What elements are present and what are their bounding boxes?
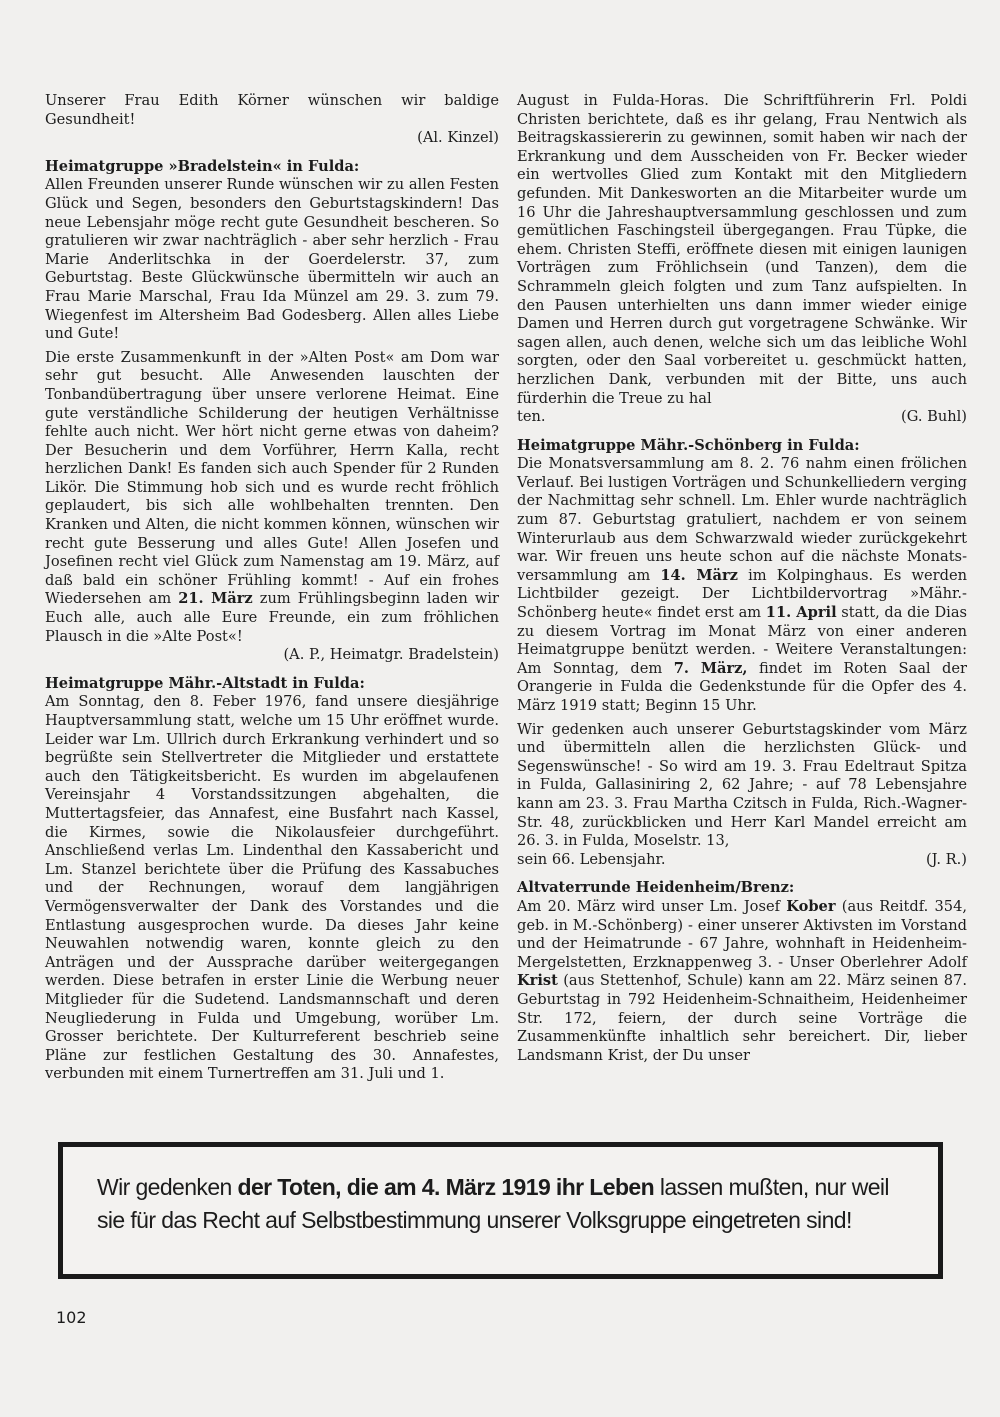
bradelstein-paragraph-2: Die erste Zusammenkunft in der »Alten Po… (45, 349, 499, 665)
altstadt-paragraph-1: Am Sonntag, den 8. Feber 1976, fand unse… (45, 693, 499, 1083)
bradelstein-paragraph-1: Allen Freunden unserer Runde wünschen wi… (45, 176, 499, 343)
heading-altstadt: Heimatgruppe Mähr.-Altstadt in Fulda: (45, 675, 499, 694)
schoenberg-date-2: 11. April (766, 604, 837, 621)
left-column: Unserer Frau Edith Körner wünschen wir b… (45, 92, 499, 1089)
schoenberg-paragraph-2: Wir gedenken auch unserer Geburtstagskin… (517, 721, 967, 870)
heidenheim-name-krist: Krist (517, 972, 558, 989)
right-column: August in Fulda-Horas. Die Schriftführer… (517, 92, 967, 1070)
signature-kinzel: (Al. Kinzel) (45, 129, 499, 148)
heading-bradelstein: Heimatgruppe »Bradelstein« in Fulda: (45, 158, 499, 177)
heading-heidenheim: Altvaterrunde Heidenheim/Brenz: (517, 879, 967, 898)
intro-text: Unserer Frau Edith Körner wünschen wir b… (45, 92, 499, 128)
notice-text-bold: der Toten, die am 4. März 1919 ihr Leben (238, 1174, 655, 1200)
heidenheim-paragraph: Am 20. März wird unser Lm. Josef Kober (… (517, 898, 967, 1065)
magazine-page: Unserer Frau Edith Körner wünschen wir b… (0, 0, 1000, 1417)
schoenberg-paragraph-1: Die Monatsversammlung am 8. 2. 76 nahm e… (517, 455, 967, 715)
schoenberg-text-a: Die Monatsversammlung am 8. 2. 76 nahm e… (517, 455, 967, 584)
signature-bradelstein: (A. P., Heimatgr. Bradelstein) (45, 646, 499, 665)
schoenberg-date-3: 7. März, (674, 660, 748, 677)
memorial-notice-box: Wir gedenken der Toten, die am 4. März 1… (58, 1142, 943, 1279)
heidenheim-text-c: (aus Stettenhof, Schule) kann am 22. Mär… (517, 972, 967, 1063)
bradelstein-p2-date: 21. März (178, 590, 252, 607)
page-number: 102 (56, 1308, 87, 1327)
altstadt-continued-paragraph: August in Fulda-Horas. Die Schriftführer… (517, 92, 967, 427)
heidenheim-name-kober: Kober (786, 898, 835, 915)
bradelstein-p2-text-a: Die erste Zusammenkunft in der »Alten Po… (45, 349, 499, 608)
altstadt-cont-text: August in Fulda-Horas. Die Schriftführer… (517, 92, 967, 407)
heading-schoenberg: Heimatgruppe Mähr.-Schönberg in Fulda: (517, 437, 967, 456)
schoenberg-p2-text: Wir gedenken auch unserer Geburtstagskin… (517, 721, 967, 850)
schoenberg-lastline: sein 66. Lebensjahr. (J. R.) (517, 851, 967, 870)
signature-buhl: (G. Buhl) (901, 408, 967, 427)
intro-paragraph: Unserer Frau Edith Körner wünschen wir b… (45, 92, 499, 148)
altstadt-last-word: ten. (517, 408, 546, 427)
notice-text-a: Wir gedenken (97, 1174, 238, 1200)
schoenberg-last-text: sein 66. Lebensjahr. (517, 851, 666, 870)
schoenberg-date-1: 14. März (660, 567, 738, 584)
signature-jr: (J. R.) (926, 851, 967, 870)
heidenheim-text-a: Am 20. März wird unser Lm. Josef (517, 898, 786, 915)
altstadt-cont-lastline: ten. (G. Buhl) (517, 408, 967, 427)
